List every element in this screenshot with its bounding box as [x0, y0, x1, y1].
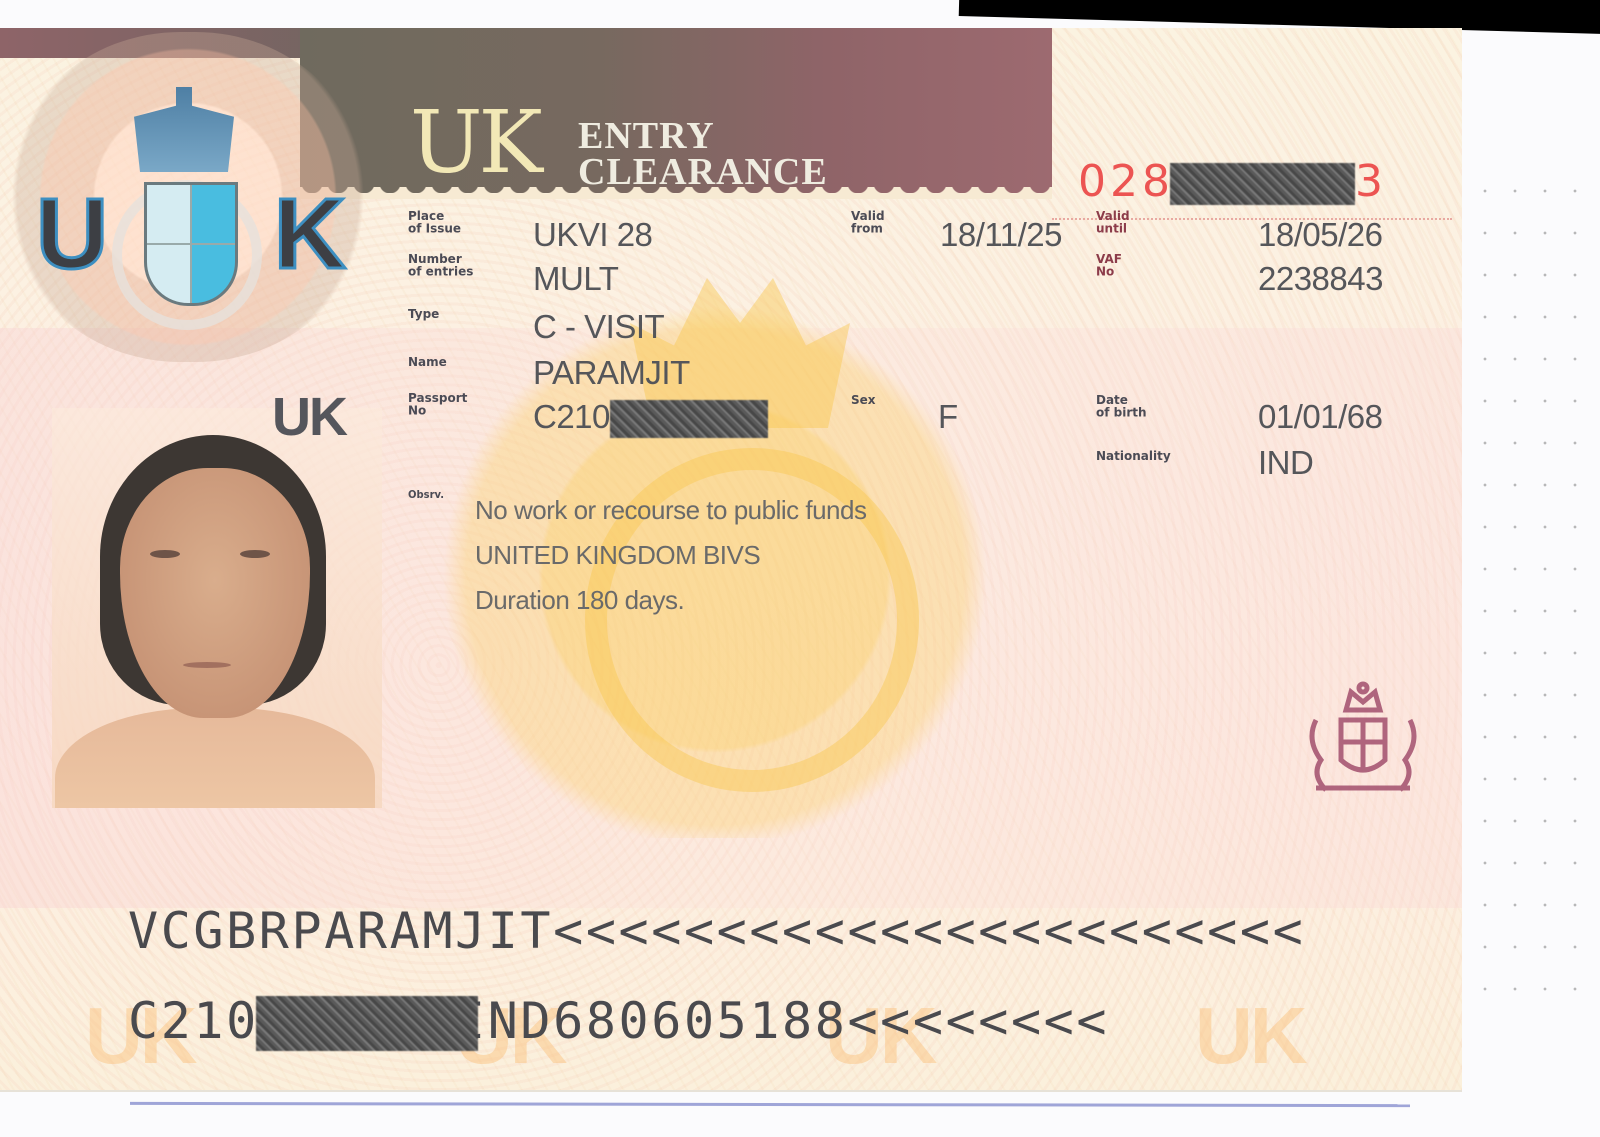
page-bottom-border	[130, 1102, 1410, 1107]
mrz-line-1: VCGBRPARAMJIT<<<<<<<<<<<<<<<<<<<<<<<	[128, 906, 1305, 956]
vaf-no-label: VAFNo	[1096, 252, 1122, 277]
redaction-block	[1170, 163, 1355, 205]
passport-no-value: C210	[533, 400, 768, 438]
sex-label: Sex	[851, 394, 876, 407]
seal-letter-k: K	[274, 184, 346, 284]
valid-until-label: Validuntil	[1096, 209, 1130, 234]
number-of-entries-label: Numberof entries	[408, 252, 473, 277]
type-value: C - VISIT	[533, 310, 664, 343]
valid-from-label: Validfrom	[851, 209, 885, 234]
valid-until-value: 18/05/26	[1258, 218, 1382, 251]
crown-icon	[134, 87, 234, 172]
entry-clearance-title: ENTRY CLEARANCE	[578, 118, 828, 190]
sex-value: F	[938, 400, 958, 433]
redaction-block	[610, 400, 768, 438]
visa-vignette: UK ENTRY CLEARANCE 0283 U K UK Placeof I…	[0, 28, 1462, 1090]
observation-line: UNITED KINGDOM BIVS	[475, 533, 866, 578]
royal-coat-of-arms-icon	[1296, 680, 1431, 800]
photo-face	[120, 468, 310, 718]
place-of-issue-label: Placeof Issue	[408, 209, 461, 234]
valid-from-value: 18/11/25	[940, 218, 1062, 251]
mrz-line-2: C2108528<8IND680605188<<<<<<<<	[128, 996, 1109, 1046]
title-line-1: ENTRY	[578, 118, 828, 154]
vaf-no-value: 2238843	[1258, 262, 1383, 295]
passport-page-perforation	[1470, 170, 1580, 1010]
redaction-block	[256, 996, 478, 1051]
passport-no-label: PassportNo	[408, 391, 467, 416]
place-of-issue-value: UKVI 28	[533, 218, 652, 251]
observation-line: Duration 180 days.	[475, 578, 866, 623]
nationality-value: IND	[1258, 446, 1313, 479]
vignette-number-prefix: 028	[1078, 156, 1174, 207]
seal-letter-u: U	[36, 184, 108, 284]
nationality-label: Nationality	[1096, 450, 1171, 463]
photo-eye-right	[240, 550, 270, 558]
seal-letters: U K	[36, 184, 346, 284]
vignette-number: 0283	[1078, 156, 1387, 207]
photo-uk-mark: UK	[272, 386, 346, 448]
title-line-2: CLEARANCE	[578, 154, 828, 190]
observation-line: No work or recourse to public funds	[475, 488, 866, 533]
number-of-entries-value: MULT	[533, 262, 618, 295]
gothic-uk-mark: UK	[410, 100, 539, 186]
date-of-birth-label: Dateof birth	[1096, 393, 1147, 418]
vignette-number-suffix: 3	[1355, 156, 1387, 207]
type-label: Type	[408, 308, 439, 321]
observations-label: Obsrv.	[408, 490, 444, 503]
photo-eye-left	[150, 550, 180, 558]
uk-watermark: UK	[1195, 990, 1305, 1082]
date-of-birth-value: 01/01/68	[1258, 400, 1382, 433]
name-value: PARAMJIT	[533, 356, 690, 389]
photo-mouth	[183, 662, 231, 668]
name-label: Name	[408, 356, 447, 369]
uk-seal-emblem: U K	[8, 32, 368, 362]
observations-text: No work or recourse to public funds UNIT…	[475, 488, 866, 623]
